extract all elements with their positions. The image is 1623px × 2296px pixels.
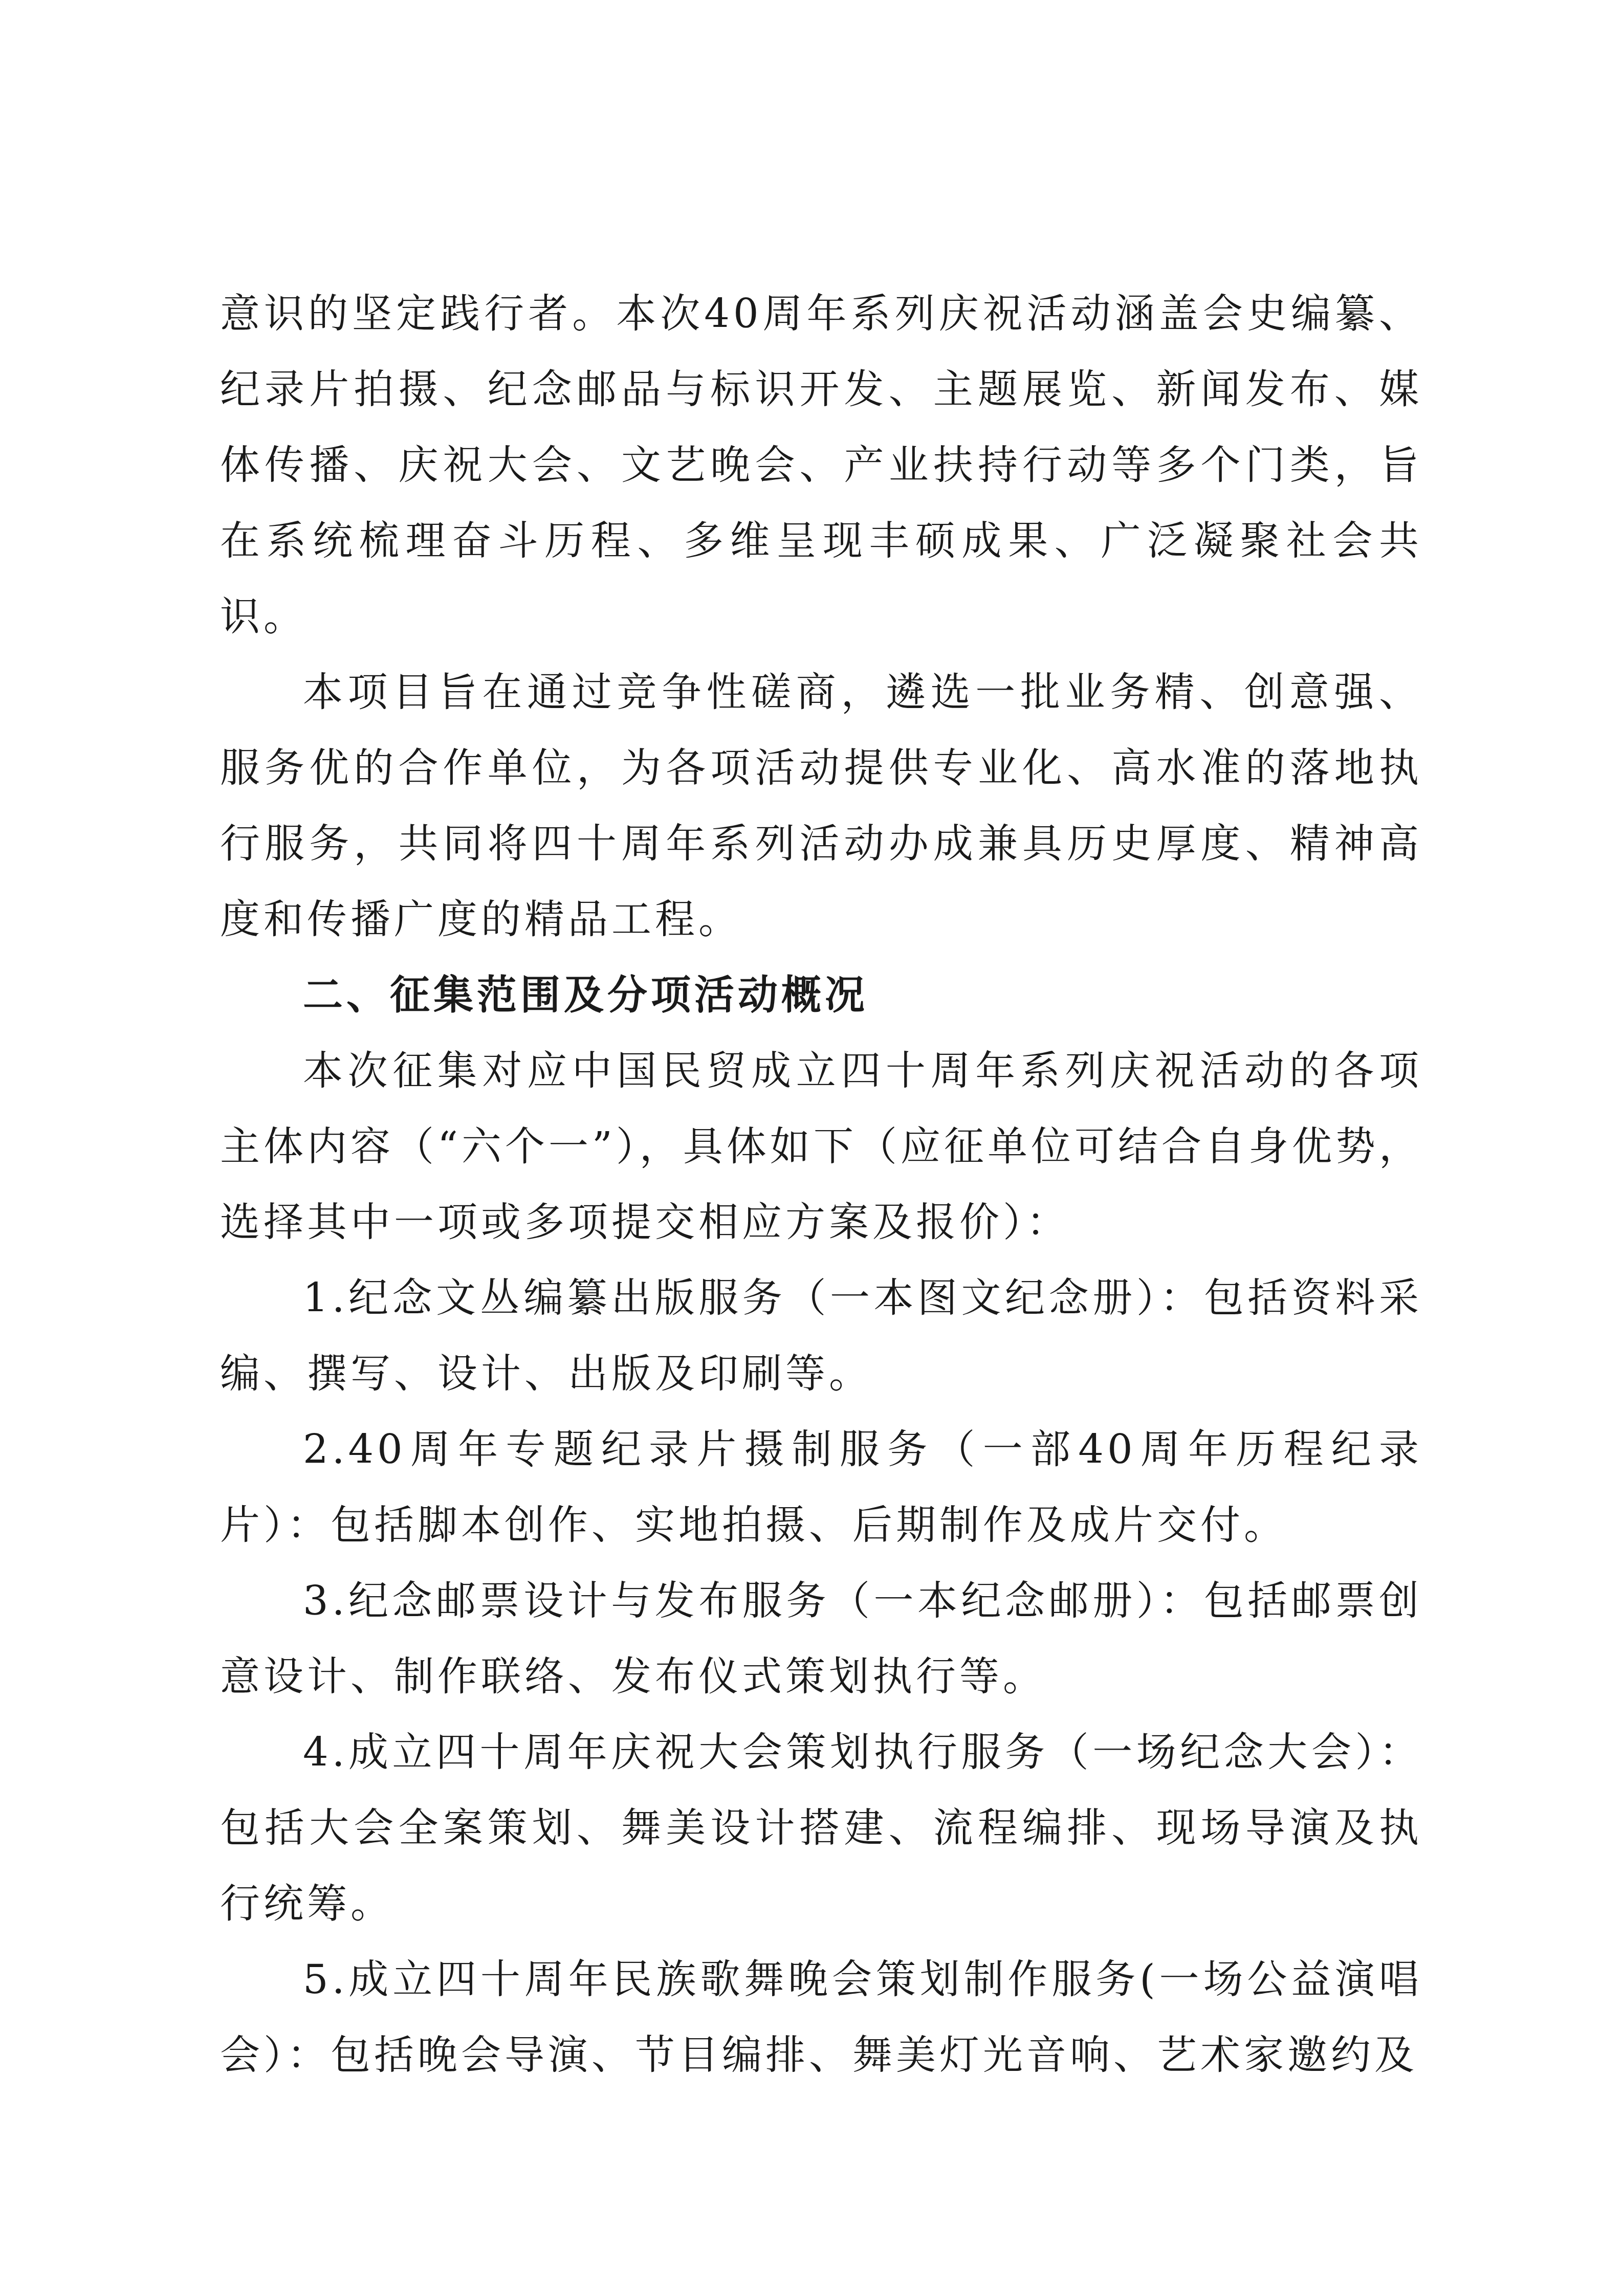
- list-item-4: 4.成立四十周年庆祝大会策划执行服务（一场纪念大会）：包括大会全案策划、舞美设计…: [220, 1715, 1422, 1942]
- list-item-3: 3.纪念邮票设计与发布服务（一本纪念邮册）：包括邮票创意设计、制作联络、发布仪式…: [220, 1563, 1422, 1715]
- list-item-2: 2.40周年专题纪录片摄制服务（一部40周年历程纪录片）：包括脚本创作、实地拍摄…: [220, 1412, 1422, 1563]
- section-heading: 二、征集范围及分项活动概况: [220, 958, 1422, 1033]
- list-item-5: 5.成立四十周年民族歌舞晚会策划制作服务(一场公益演唱会）：包括晚会导演、节目编…: [220, 1942, 1422, 2093]
- paragraph-scope-intro: 本次征集对应中国民贸成立四十周年系列庆祝活动的各项主体内容（“六个一”），具体如…: [220, 1033, 1422, 1261]
- paragraph-project-purpose: 本项目旨在通过竞争性磋商，遴选一批业务精、创意强、服务优的合作单位，为各项活动提…: [220, 655, 1422, 958]
- list-item-1: 1.纪念文丛编纂出版服务（一本图文纪念册）：包括资料采编、撰写、设计、出版及印刷…: [220, 1261, 1422, 1412]
- paragraph-continuation: 意识的坚定践行者。本次40周年系列庆祝活动涵盖会史编纂、纪录片拍摄、纪念邮品与标…: [220, 276, 1422, 655]
- document-page: 意识的坚定践行者。本次40周年系列庆祝活动涵盖会史编纂、纪录片拍摄、纪念邮品与标…: [220, 276, 1422, 2093]
